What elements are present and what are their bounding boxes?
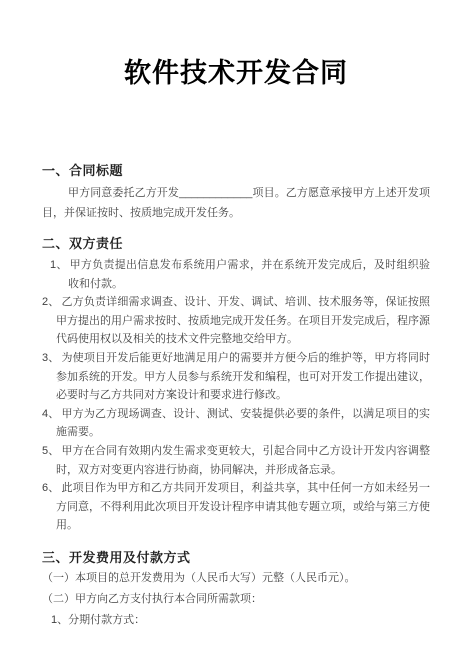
installment-line: 1、分期付款方式： xyxy=(51,611,430,630)
document-title: 软件技术开发合同 xyxy=(42,56,430,90)
section1-paragraph: 甲方同意委托乙方开发____________项目。乙方愿意承接甲方上述开发项目，… xyxy=(42,183,430,223)
list-item-number: 3、 xyxy=(42,352,61,364)
list-item: 6、此项目作为甲方和乙方共同开发项目，利益共享，其中任何一方如未经另一方同意，不… xyxy=(42,479,430,535)
list-item-number: 6、 xyxy=(42,482,61,494)
list-item-number: 5、 xyxy=(42,445,61,457)
list-item: 2、乙方负责详细需求调查、设计、开发、调试、培训、技术服务等，保证按照甲方提出的… xyxy=(42,293,430,349)
fee-total-line: （一）本项目的总开发费用为（人民币大写）元整（人民币元）。 xyxy=(42,569,430,588)
payment-clause-line: （二）甲方向乙方支付执行本合同所需款项： xyxy=(42,590,430,609)
responsibility-list: 1、甲方负责提出信息发布系统用户需求，并在系统开发完成后，及时组织验收和付款。 … xyxy=(42,256,430,535)
section3-heading: 三、开发费用及付款方式 xyxy=(42,548,430,567)
contract-document-page: 软件技术开发合同 一、合同标题 甲方同意委托乙方开发____________项目… xyxy=(0,0,463,655)
list-item-text: 甲方负责提出信息发布系统用户需求，并在系统开发完成后，及时组织验收和付款。 xyxy=(68,259,430,290)
list-item-text: 为使项目开发后能更好地满足用户的需要并方便今后的维护等，甲方将同时参加系统的开发… xyxy=(56,352,430,401)
section-fees-payment: 三、开发费用及付款方式 （一）本项目的总开发费用为（人民币大写）元整（人民币元）… xyxy=(42,548,430,630)
list-item-number: 2、 xyxy=(42,296,61,308)
section-responsibilities: 二、双方责任 1、甲方负责提出信息发布系统用户需求，并在系统开发完成后，及时组织… xyxy=(42,234,430,535)
section1-heading: 一、合同标题 xyxy=(42,161,430,180)
section2-heading: 二、双方责任 xyxy=(42,234,430,253)
list-item-text: 此项目作为甲方和乙方共同开发项目，利益共享，其中任何一方如未经另一方同意，不得利… xyxy=(56,482,430,531)
list-item: 4、甲方为乙方现场调查、设计、测试、安装提供必要的条件，以满足项目的实施需要。 xyxy=(42,405,430,442)
list-item-text: 甲方为乙方现场调查、设计、测试、安装提供必要的条件，以满足项目的实施需要。 xyxy=(56,408,430,439)
section-contract-title: 一、合同标题 甲方同意委托乙方开发____________项目。乙方愿意承接甲方… xyxy=(42,161,430,223)
list-item-number: 4、 xyxy=(42,408,61,420)
list-item-text: 甲方在合同有效期内发生需求变更较大，引起合同中乙方设计开发内容调整时，双方对变更… xyxy=(56,445,430,476)
list-item-text: 乙方负责详细需求调查、设计、开发、调试、培训、技术服务等，保证按照甲方提出的用户… xyxy=(56,296,430,345)
list-item-number: 1、 xyxy=(50,259,70,271)
list-item: 1、甲方负责提出信息发布系统用户需求，并在系统开发完成后，及时组织验收和付款。 xyxy=(50,256,430,293)
list-item: 3、为使项目开发后能更好地满足用户的需要并方便今后的维护等，甲方将同时参加系统的… xyxy=(42,349,430,405)
list-item: 5、甲方在合同有效期内发生需求变更较大，引起合同中乙方设计开发内容调整时，双方对… xyxy=(42,442,430,479)
